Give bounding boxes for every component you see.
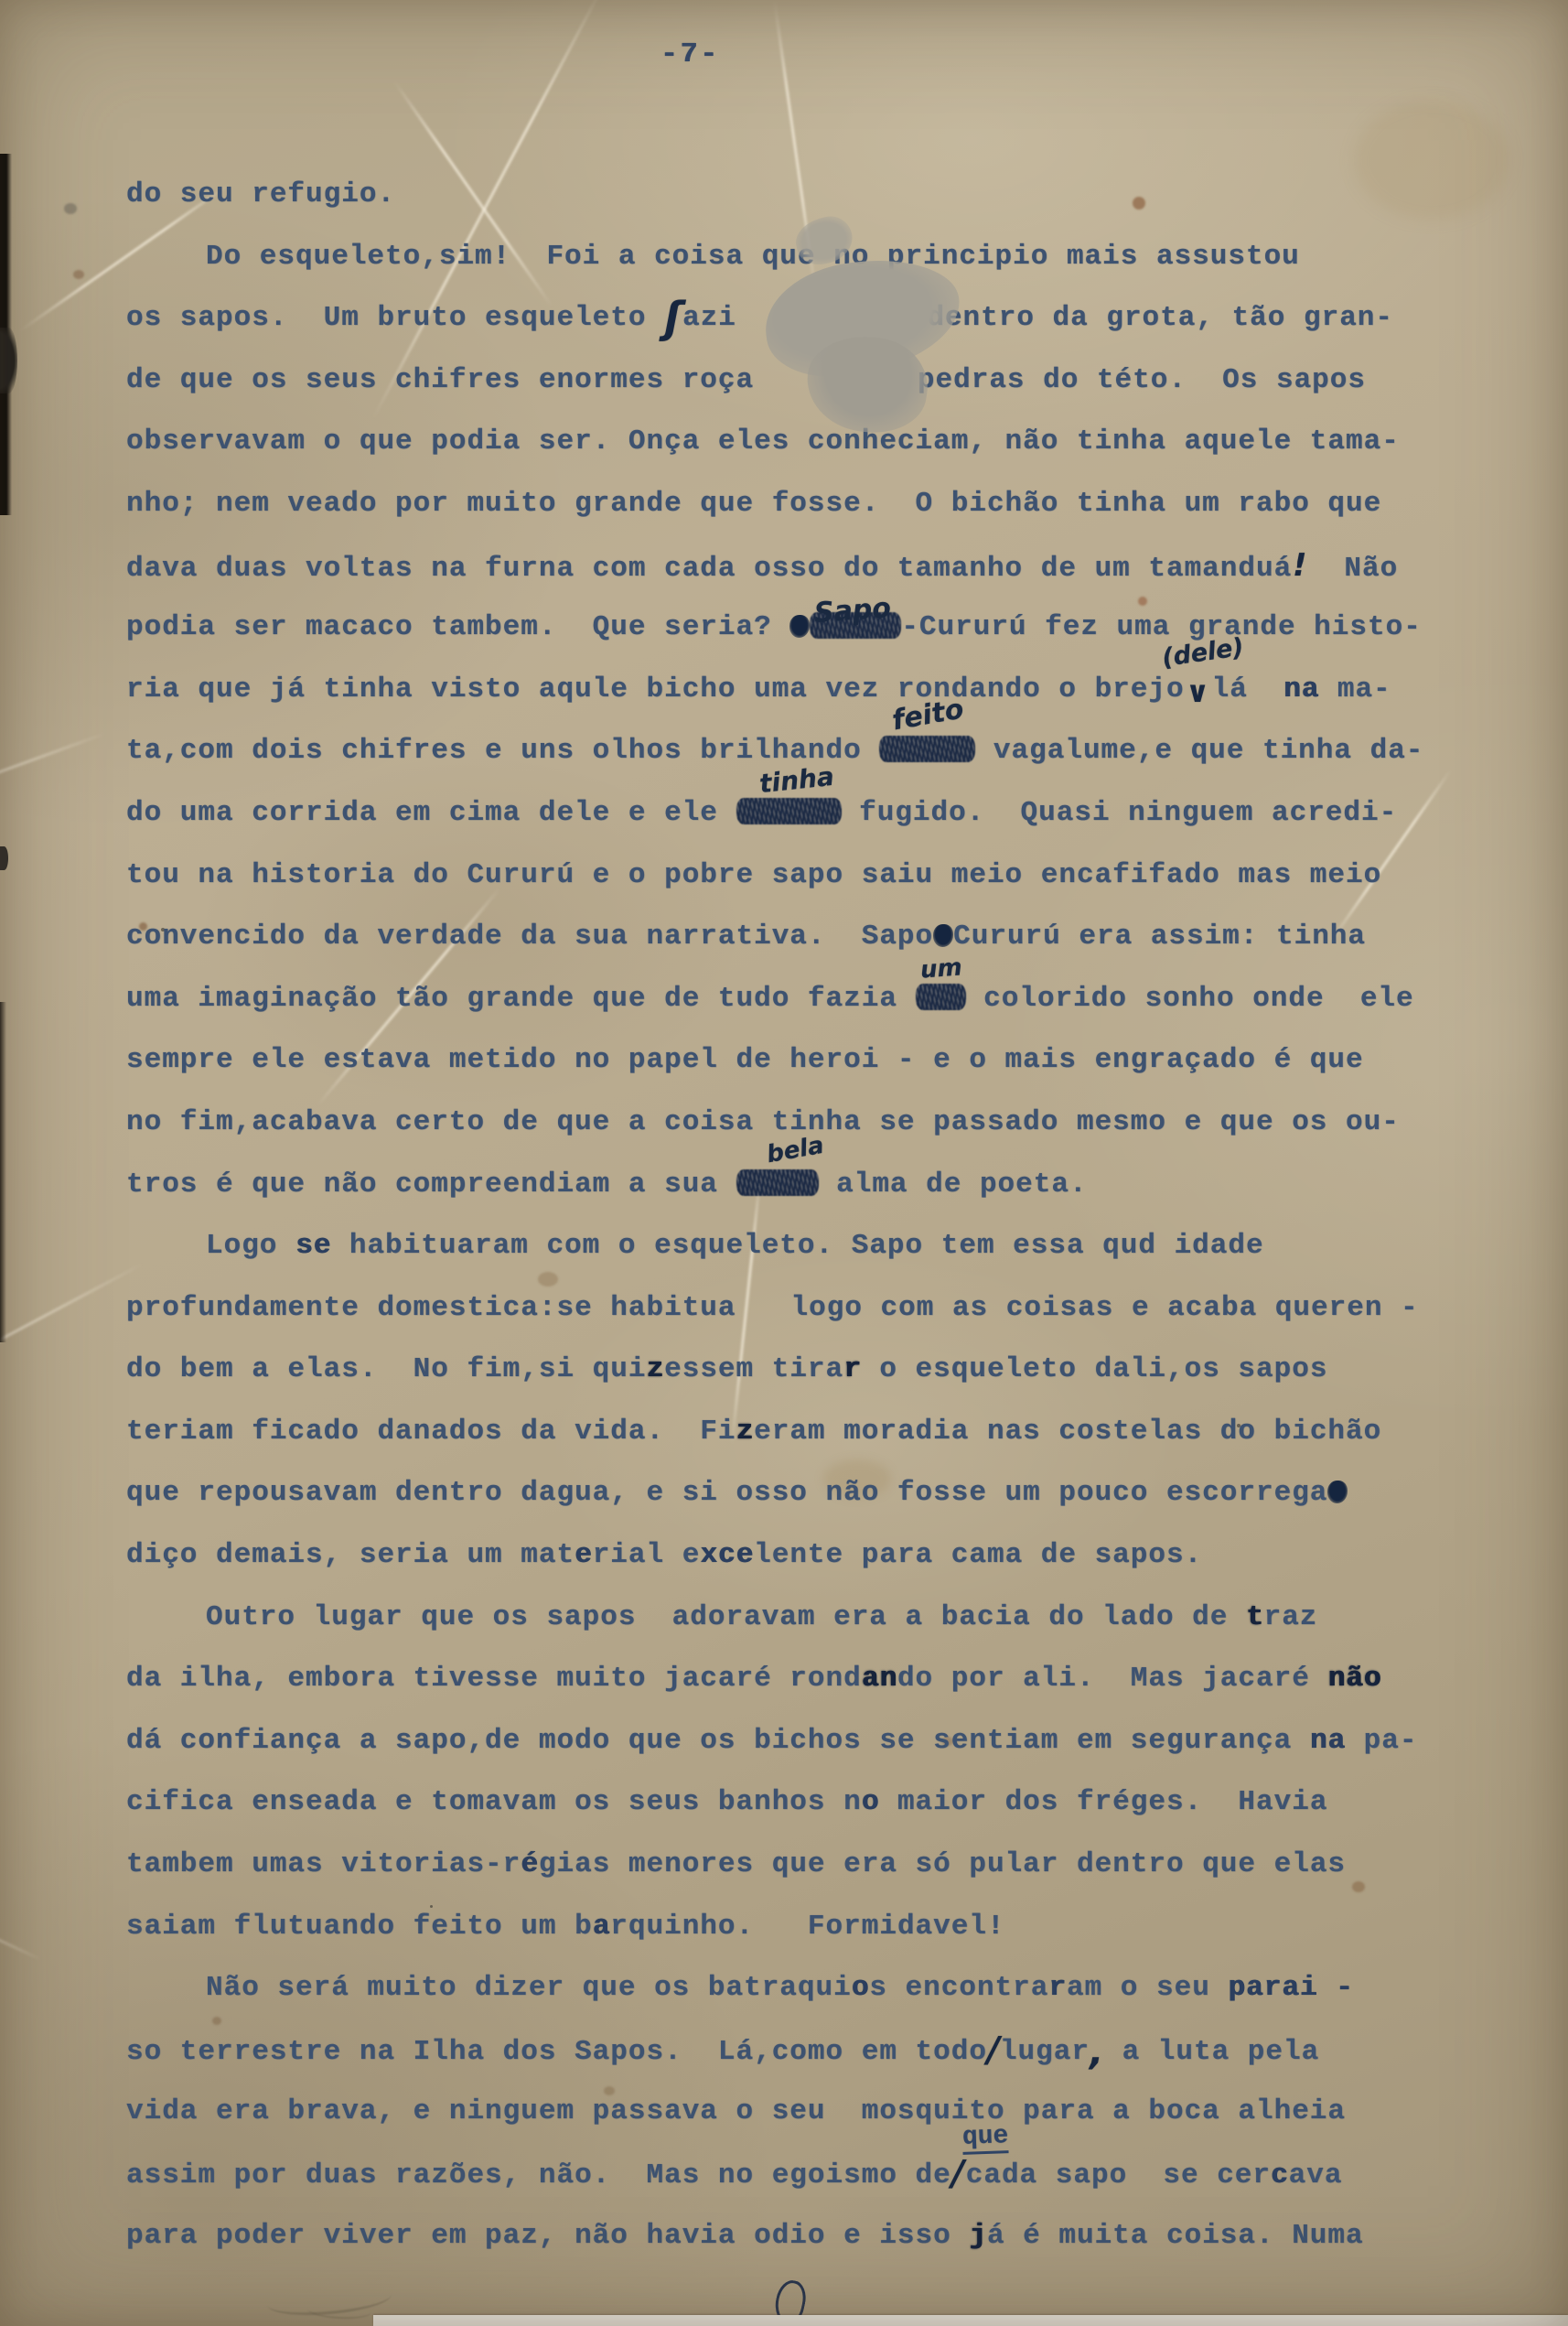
typed-segment: r xyxy=(843,1353,862,1385)
handwritten-mark: ∨ xyxy=(1185,662,1212,724)
typed-segment: ria que já tinha visto aqule bicho uma v… xyxy=(126,673,1185,705)
ink-scribble xyxy=(879,736,975,762)
handwritten-mark: , xyxy=(1090,2022,1104,2084)
typed-line: ria que já tinha visto aqule bicho uma v… xyxy=(126,659,1498,721)
typed-segment: na xyxy=(1283,673,1319,705)
typed-line: so terrestre na Ilha dos Sapos. Lá,como … xyxy=(126,2019,1498,2082)
typed-line: sempre ele estava metido no papel de her… xyxy=(126,1029,1498,1092)
typed-segment: saiam flutuando feito um b xyxy=(126,1911,593,1943)
typed-segment: ma- xyxy=(1319,673,1391,705)
typed-segment: eram moradia nas costelas do bichão xyxy=(754,1416,1381,1448)
typed-segment: xce xyxy=(700,1539,754,1571)
typed-segment: na xyxy=(1310,1725,1346,1757)
typed-line: do uma corrida em cima dele e ele fugido… xyxy=(126,782,1498,845)
typed-segment: sempre ele estava metido no papel de her… xyxy=(126,1044,1364,1076)
typed-segment: o xyxy=(852,1972,870,2004)
handwritten-mark: / xyxy=(987,2019,1000,2082)
typed-line: podia ser macaco tambem. Que seria? -Cur… xyxy=(126,597,1498,659)
ink-blot xyxy=(1327,1481,1348,1503)
typed-segment: alma de poeta. xyxy=(819,1168,1088,1201)
ink-scribble xyxy=(736,798,842,824)
typed-segment: assim por duas razões, não. Mas no egois… xyxy=(126,2159,951,2191)
typed-segment: so terrestre na Ilha dos Sapos. Lá,como … xyxy=(126,2036,987,2068)
typed-segment: s encontra xyxy=(869,1972,1048,2004)
typed-segment: a luta pela xyxy=(1104,2036,1319,2068)
typed-segment: r xyxy=(1048,1972,1067,2004)
typed-segment: podia ser macaco tambem. Que seria? xyxy=(126,611,789,643)
typed-segment: ta,com dois chifres e uns olhos brilhand… xyxy=(126,735,879,767)
typed-segment: rquinho. Formidavel! xyxy=(610,1911,1004,1943)
typed-segment: uma imaginação tão grande que de tudo fa… xyxy=(126,983,916,1015)
typed-segment: c xyxy=(1271,2159,1289,2191)
typed-segment: Não xyxy=(1308,553,1398,585)
typed-segment: logo com as coisas e acaba queren - xyxy=(791,1292,1419,1324)
typed-segment: para poder viver em paz, não havia odio … xyxy=(126,2220,969,2252)
typed-segment: lente para cama de sapos. xyxy=(754,1539,1202,1571)
scan-edge-artifact xyxy=(0,328,17,393)
typed-segment: j xyxy=(969,2220,987,2252)
typed-segment: os sapos. Um bruto esqueleto xyxy=(126,302,664,334)
typed-segment: dava duas voltas na furna com cada osso … xyxy=(126,553,1292,585)
typed-line: da ilha, embora tivesse muito jacaré ron… xyxy=(126,1648,1498,1710)
typed-segment: z xyxy=(736,1416,755,1448)
ink-scribble xyxy=(916,984,966,1010)
typed-line: tambem umas vitorias-régias menores que … xyxy=(126,1834,1498,1896)
paper-stain xyxy=(73,270,84,279)
ink-blot xyxy=(789,615,810,638)
typed-segment: não xyxy=(1327,1663,1381,1695)
typed-line: diço demais, seria um material excelente… xyxy=(126,1524,1498,1587)
typed-line: Logo se habituaram com o esqueleto. Sapo… xyxy=(126,1215,1498,1277)
typed-line: teriam ficado danados da vida. Fizeram m… xyxy=(126,1401,1498,1463)
typed-line: assim por duas razões, não. Mas no egois… xyxy=(126,2143,1498,2205)
typed-line: ta,com dois chifres e uns olhos brilhand… xyxy=(126,720,1498,782)
typed-segment: observavam o que podia ser. Onça eles co… xyxy=(126,425,1400,458)
typed-segment: do por ali. Mas jacaré xyxy=(897,1663,1327,1695)
typed-segment: vagalume,e que tinha da- xyxy=(975,735,1423,767)
typed-line: Não será muito dizer que os batraquios e… xyxy=(126,1957,1498,2019)
typed-segment: nho; nem veado por muito grande que foss… xyxy=(126,488,1381,520)
scan-edge-artifact xyxy=(0,1002,6,1342)
typed-line: saiam flutuando feito um barquinho. Form… xyxy=(126,1896,1498,1958)
typed-text: do seu refugio.Do esqueleto,sim! Foi a c… xyxy=(126,164,1498,2267)
typed-segment: rial e xyxy=(593,1539,701,1571)
typed-line: dava duas voltas na furna com cada osso … xyxy=(126,535,1498,598)
typed-segment: que repousavam dentro dagua, e si osso n… xyxy=(126,1477,1327,1509)
typed-segment: essem tira xyxy=(664,1353,843,1385)
typed-line: observavam o que podia ser. Onça eles co… xyxy=(126,411,1498,473)
typed-line: Outro lugar que os sapos adoravam era a … xyxy=(126,1587,1498,1649)
typed-line: para poder viver em paz, não havia odio … xyxy=(126,2205,1498,2267)
typed-segment: profundamente domestica:se habitua xyxy=(126,1292,736,1324)
typed-line: do seu refugio. xyxy=(126,164,1498,226)
handwritten-mark: ! xyxy=(1292,535,1308,598)
ink-scribble xyxy=(810,612,901,639)
typed-segment: no fim,acabava certo de que a coisa tinh… xyxy=(126,1106,1400,1138)
typed-segment: raz xyxy=(1264,1601,1318,1633)
handwritten-mark: / xyxy=(951,2143,966,2205)
scan-white-band xyxy=(373,2315,1568,2326)
typed-segment: do bem a elas. No fim,si qui xyxy=(126,1353,647,1385)
typed-line: tros é que não compreendiam a sua alma d… xyxy=(126,1154,1498,1216)
typed-segment: vida era brava, e ninguem passava o seu … xyxy=(126,2095,1346,2127)
typed-line: vida era brava, e ninguem passava o seu … xyxy=(126,2081,1498,2143)
typed-segment: cifica enseada e tomavam os seus banhos … xyxy=(126,1786,862,1818)
typed-segment: am o seu xyxy=(1067,1972,1228,2004)
typed-segment: teriam ficado danados da vida. Fi xyxy=(126,1416,736,1448)
typed-segment: t xyxy=(1246,1601,1264,1633)
page-number: -7- xyxy=(660,38,720,70)
typed-segment: pa- xyxy=(1346,1725,1417,1757)
typed-line: nho; nem veado por muito grande que foss… xyxy=(126,473,1498,535)
typed-segment: convencido da verdade da sua narrativa. … xyxy=(126,921,933,953)
typed-segment: o esqueleto dali,os sapos xyxy=(862,1353,1328,1385)
typed-segment: an xyxy=(862,1663,897,1695)
typed-line: cifica enseada e tomavam os seus banhos … xyxy=(126,1771,1498,1834)
typed-segment: lá xyxy=(1212,673,1283,705)
typed-line: no fim,acabava certo de que a coisa tinh… xyxy=(126,1092,1498,1154)
typed-segment: é xyxy=(521,1848,539,1880)
scan-edge-artifact xyxy=(0,846,8,870)
typed-segment: tros é que não compreendiam a sua xyxy=(126,1168,736,1201)
typed-segment: de que os seus chifres enormes roça xyxy=(126,364,754,396)
typed-segment: cada sapo se cer xyxy=(966,2159,1271,2191)
typed-line: uma imaginação tão grande que de tudo fa… xyxy=(126,968,1498,1030)
handwritten-mark: ʃ xyxy=(664,287,682,350)
typed-segment: gias menores que era só pular dentro que… xyxy=(539,1848,1346,1880)
typed-segment: fugido. Quasi ninguem acredi- xyxy=(842,797,1398,829)
typed-segment: ava xyxy=(1289,2159,1343,2191)
paper-crease xyxy=(0,1854,41,1961)
typed-segment: Outro lugar que os sapos adoravam era a … xyxy=(206,1601,1246,1633)
typed-segment: colorido sonho onde ele xyxy=(966,983,1414,1015)
manuscript-page: -7- do seu refugio.Do esqueleto,sim! Foi… xyxy=(0,0,1568,2326)
typed-segment: diço demais, seria um mat xyxy=(126,1539,575,1571)
typed-segment: Cururú era assim: tinha xyxy=(953,921,1366,953)
typed-line: do bem a elas. No fim,si quizessem tirar… xyxy=(126,1339,1498,1401)
typed-segment: z xyxy=(647,1353,665,1385)
typed-line: tou na historia do Cururú e o pobre sapo… xyxy=(126,845,1498,907)
paper-crease xyxy=(0,1263,143,1506)
typed-segment: Do esqueleto,sim! Foi a coisa que no pri… xyxy=(206,241,1300,273)
typed-segment: azi xyxy=(682,302,736,334)
typed-segment: da ilha, embora tivesse muito jacaré ron… xyxy=(126,1663,862,1695)
typed-segment: do seu refugio. xyxy=(126,178,395,210)
typed-segment: parai - xyxy=(1228,1972,1353,2004)
typed-segment: do uma corrida em cima dele e ele xyxy=(126,797,736,829)
typed-segment: se xyxy=(295,1230,331,1262)
typed-line: dá confiança a sapo,de modo que os bicho… xyxy=(126,1710,1498,1772)
typed-segment: maior dos fréges. Havia xyxy=(879,1786,1327,1818)
typed-segment: tambem umas vitorias-r xyxy=(126,1848,521,1880)
typed-segment: o xyxy=(862,1786,880,1818)
typed-segment: e xyxy=(575,1539,593,1571)
typed-segment: a xyxy=(593,1911,611,1943)
typed-segment: Não será muito dizer que os batraqui xyxy=(206,1972,852,2004)
typed-line: profundamente domestica:se habitualogo c… xyxy=(126,1277,1498,1340)
typed-segment: tou na historia do Cururú e o pobre sapo… xyxy=(126,859,1381,891)
typed-line: que repousavam dentro dagua, e si osso n… xyxy=(126,1462,1498,1524)
paper-crease xyxy=(0,732,106,869)
typed-segment: Logo xyxy=(206,1230,295,1262)
typed-segment: á é muita coisa. Numa xyxy=(987,2220,1364,2252)
typed-segment: lugar xyxy=(1000,2036,1090,2068)
typed-segment: dá confiança a sapo,de modo que os bicho… xyxy=(126,1725,1310,1757)
ink-blot xyxy=(933,924,953,947)
typed-segment: as pedras do této. Os sapos xyxy=(864,364,1366,396)
typed-line: convencido da verdade da sua narrativa. … xyxy=(126,906,1498,968)
paper-stain xyxy=(64,203,77,214)
ink-scribble xyxy=(736,1169,819,1196)
typed-segment: habituaram com o esqueleto. Sapo tem ess… xyxy=(331,1230,1263,1262)
typed-segment: -Cururú fez uma grande histo- xyxy=(901,611,1422,643)
